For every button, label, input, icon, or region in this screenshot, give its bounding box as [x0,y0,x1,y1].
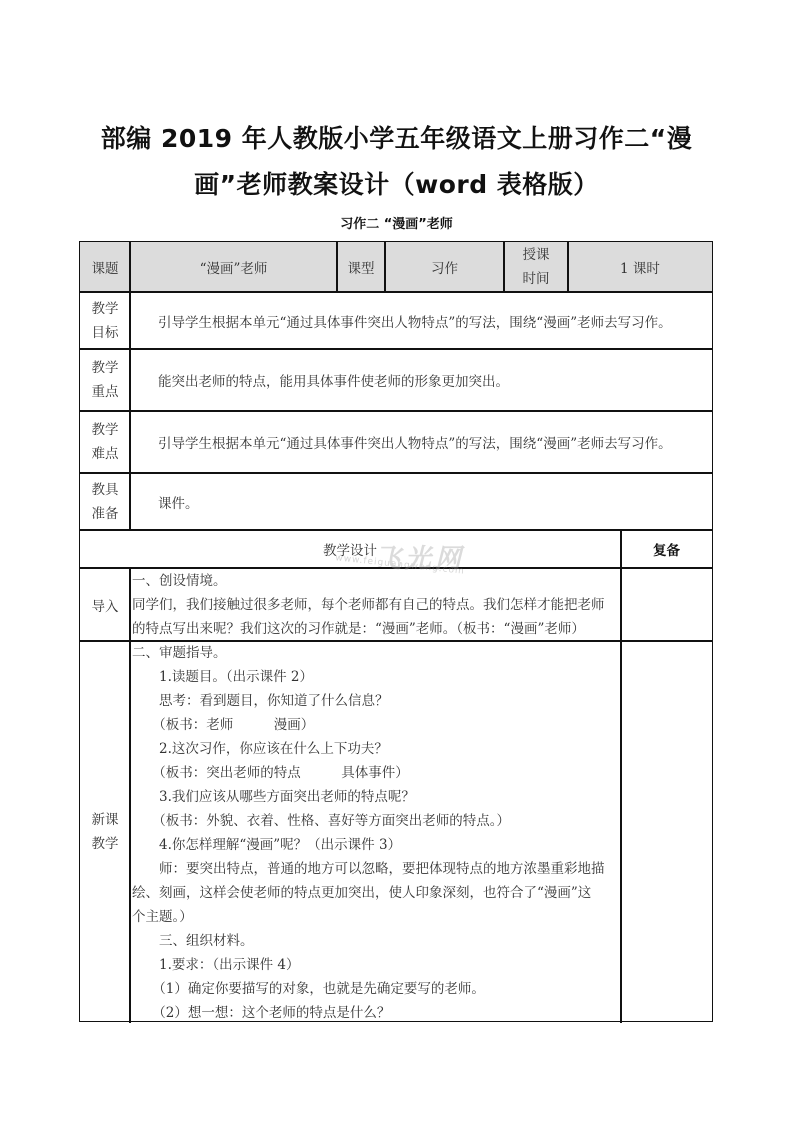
lesson-line: 1.读题目。（出示课件 2） [132,665,620,689]
time-label-line-1: 授课 [523,243,550,267]
key-point-label-line-2: 重点 [92,380,119,404]
time-value-cell: 1 课时 [568,242,712,292]
topic-value-cell: “漫画”老师 [130,242,337,292]
difficulty-label-line-1: 教学 [92,418,119,442]
key-point-label-line-1: 教学 [92,356,119,380]
review-label-cell: 复备 [621,530,712,568]
lesson-line: （2）想一想：这个老师的特点是什么？ [132,1001,620,1025]
time-value: 1 课时 [620,257,660,277]
materials-label-line-1: 教具 [92,478,119,502]
new-lesson-label-line-1: 新课 [92,808,119,832]
lesson-line: （板书：老师 漫画） [132,713,620,737]
time-label-line-2: 时间 [523,267,550,291]
lesson-line: 二、审题指导。 [132,641,620,665]
new-lesson-label-line-2: 教学 [92,832,119,856]
topic-label: 课题 [92,257,119,277]
type-label-cell: 课型 [337,242,385,292]
intro-content-cell: 一、创设情境。 同学们，我们接触过很多老师，每个老师都有自己的特点。我们怎样才能… [130,568,620,641]
lesson-line: 3.我们应该从哪些方面突出老师的特点呢？ [132,785,620,809]
lesson-line: （板书：外貌、衣着、性格、喜好等方面突出老师的特点。） [132,809,620,833]
topic-label-cell: 课题 [80,242,130,292]
intro-review-cell [621,568,712,641]
design-title-cell: 教学设计 [80,530,620,568]
difficulty-label-line-2: 难点 [92,442,119,466]
key-point-content: 能突出老师的特点，能用具体事件使老师的形象更加突出。 [158,370,509,390]
document-title-line-2: 画”老师教案设计（word 表格版） [0,162,793,208]
intro-label-cell: 导入 [80,568,130,641]
table-caption: 习作二 “漫画”老师 [0,213,793,232]
objective-content-cell: 引导学生根据本单元“通过具体事件突出人物特点”的写法，围绕“漫画”老师去写习作。 [130,292,712,349]
type-value: 习作 [431,257,458,277]
lesson-line: 个主题。） [132,905,620,929]
objective-label-cell: 教学 目标 [80,292,130,349]
intro-label: 导入 [92,595,119,615]
lesson-line: 思考：看到题目，你知道了什么信息？ [132,689,620,713]
lesson-line: 师：要突出特点，普通的地方可以忽略，要把体现特点的地方浓墨重彩地描 [132,857,620,881]
review-label: 复备 [653,539,680,559]
new-lesson-review-cell [621,641,712,1023]
objective-label-line-2: 目标 [92,321,119,345]
lesson-line: 4.你怎样理解“漫画”呢？（出示课件 3） [132,833,620,857]
intro-line: 同学们，我们接触过很多老师，每个老师都有自己的特点。我们怎样才能把老师 [132,593,620,617]
objective-content: 引导学生根据本单元“通过具体事件突出人物特点”的写法，围绕“漫画”老师去写习作。 [158,311,672,331]
materials-content-cell: 课件。 [130,473,712,530]
difficulty-content-cell: 引导学生根据本单元“通过具体事件突出人物特点”的写法，围绕“漫画”老师去写习作。 [130,411,712,473]
document-title-line-1: 部编 2019 年人教版小学五年级语文上册习作二“漫 [0,116,793,162]
lesson-line: （板书：突出老师的特点 具体事件） [132,761,620,785]
document-title: 部编 2019 年人教版小学五年级语文上册习作二“漫 画”老师教案设计（word… [0,116,793,208]
lesson-line: （1）确定你要描写的对象，也就是先确定要写的老师。 [132,977,620,1001]
difficulty-content: 引导学生根据本单元“通过具体事件突出人物特点”的写法，围绕“漫画”老师去写习作。 [158,432,672,452]
materials-label-line-2: 准备 [92,502,119,526]
time-label-cell: 授课 时间 [504,242,568,292]
lesson-line: 绘、刻画，这样会使老师的特点更加突出，使人印象深刻，也符合了“漫画”这 [132,881,620,905]
type-value-cell: 习作 [385,242,504,292]
lesson-line: 1.要求：（出示课件 4） [132,953,620,977]
design-title: 教学设计 [323,539,377,559]
materials-label-cell: 教具 准备 [80,473,130,530]
objective-label-line-1: 教学 [92,297,119,321]
intro-line: 一、创设情境。 [132,569,620,593]
intro-line: 的特点写出来呢？我们这次的习作就是：“漫画”老师。（板书：“漫画”老师） [132,617,620,641]
lesson-plan-table: 课题 “漫画”老师 课型 习作 授课 时间 1 课时 教学 目标 引导学生根据本… [79,241,713,1022]
materials-content: 课件。 [158,492,199,512]
new-lesson-label-cell: 新课 教学 [80,641,130,1023]
key-point-label-cell: 教学 重点 [80,349,130,411]
type-label: 课型 [348,257,375,277]
new-lesson-content-cell: 二、审题指导。 1.读题目。（出示课件 2） 思考：看到题目，你知道了什么信息？… [130,641,620,1023]
topic-value: “漫画”老师 [200,257,268,277]
lesson-line: 三、组织材料。 [132,929,620,953]
key-point-content-cell: 能突出老师的特点，能用具体事件使老师的形象更加突出。 [130,349,712,411]
difficulty-label-cell: 教学 难点 [80,411,130,473]
lesson-line: 2.这次习作，你应该在什么上下功夫？ [132,737,620,761]
